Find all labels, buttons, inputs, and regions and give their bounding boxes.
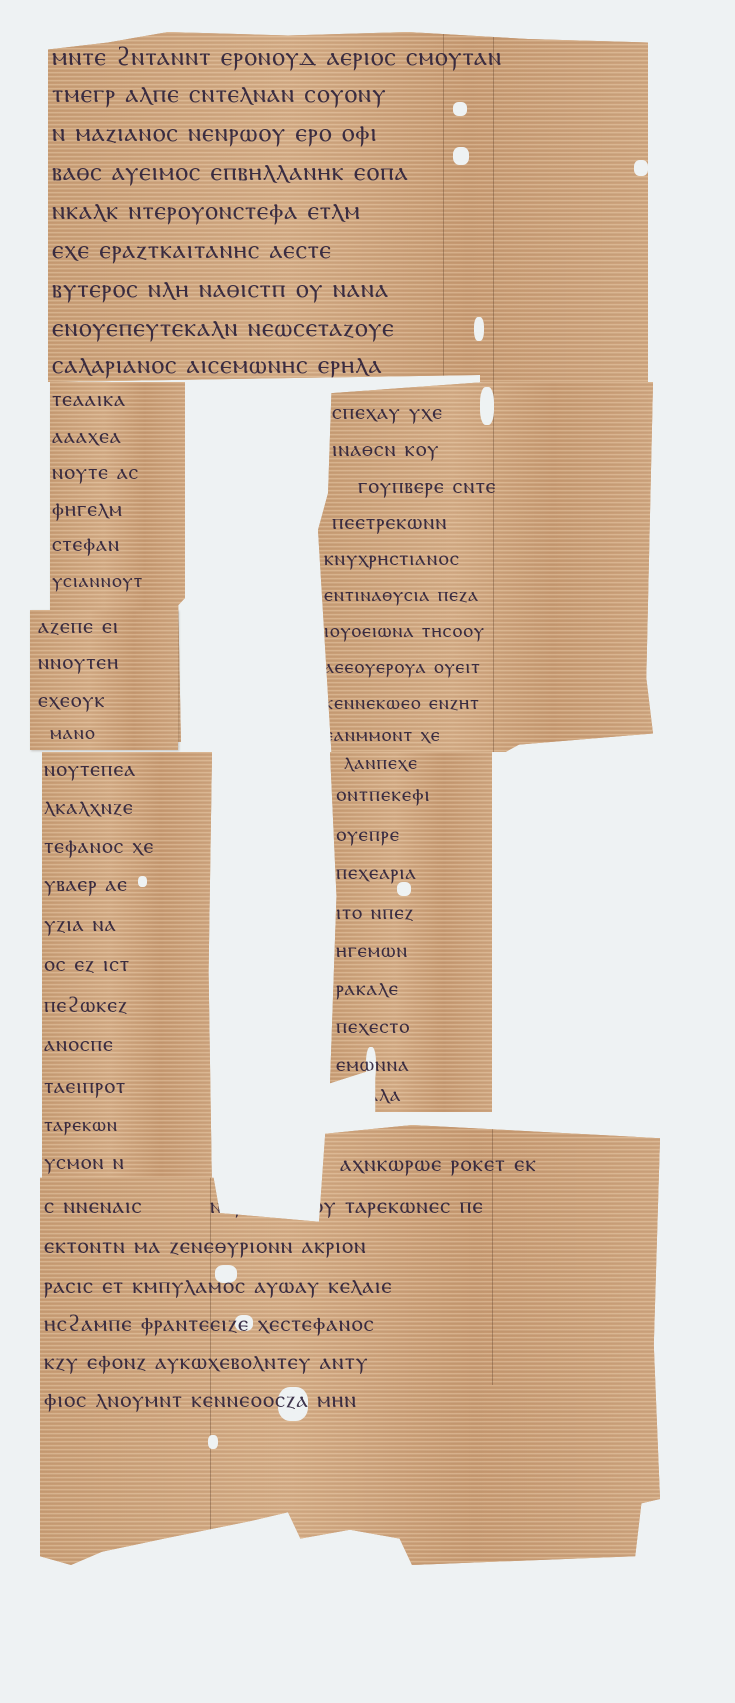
text-line: ⲗⲁⲛⲡⲉⲭⲉ [344, 750, 418, 774]
text-line: ⲥⲧⲉⲫⲁⲛ [52, 532, 120, 557]
text-line: ⲛⲕⲁⲗⲕ ⲛⲧⲉⲣⲟⲩⲟⲛⲥⲧⲉⲫⲁ ⲉⲧⲗⲙ [52, 196, 361, 227]
text-line: ⲧⲙⲉⲅⲣ ⲁⲗⲡⲉ ⲥⲛⲧⲉⲗⲛⲁⲛ ⲥⲟⲩⲟⲛⲩ [52, 79, 387, 110]
text-line: ⲓⲟⲩⲟⲉⲓⲱⲛⲁ ⲧⲏⲥⲟⲟⲩ [324, 618, 485, 642]
text-line: ⲁⲍⲉⲡⲉ ⲉⲓ [38, 614, 119, 639]
papyrus-seam [493, 32, 494, 382]
text-line: ⲉⲛⲟⲩⲉⲡⲉⲩⲧⲉⲕⲁⲗⲛ ⲛⲉⲱⲥⲉⲧⲁⲍⲟⲩⲉ [52, 313, 395, 344]
text-line: ⲅⲟⲩⲡⲃⲉⲣⲉ ⲥⲛⲧⲉ [358, 474, 496, 499]
text-line: ⲙⲛⲧⲉ ϩⲛⲧⲁⲛⲛⲧ ⲉⲣⲟⲛⲟⲩⲇ ⲁⲉⲣⲓⲟⲥ ⲥⲙⲟⲩⲧⲁⲛ [52, 42, 502, 73]
text-line: ⲁⲁⲁⲭⲉⲁ [52, 424, 122, 449]
text-line: ⲧⲁⲣⲉⲕⲱⲛ [44, 1112, 118, 1136]
papyrus-hole [453, 147, 469, 165]
text-line: ⲥ ⲛⲛⲉⲛⲁⲓⲥ [44, 1193, 143, 1219]
text-line: ⲏⲥϩⲁⲙⲡⲉ ⲫⲣⲁⲛⲧⲉⲉⲓⲍⲉ ⲭⲉⲥⲧⲉⲫⲁⲛⲟⲥ [44, 1311, 375, 1337]
text-line: ⲙ ⲕⲁⲗⲁ [336, 1082, 401, 1107]
papyrus-fragment-center: ⲗⲁⲛⲡⲉⲭⲉ ⲟⲛⲧⲡⲉⲕⲉⲫⲓ ⲟⲩⲉⲡⲣⲉ ⲡⲉⲭⲉⲁⲣⲓⲁ ⲓⲧⲟ ⲛⲡ… [330, 752, 492, 1112]
text-line: ⲛ ⲙⲁⲍⲓⲁⲛⲟⲥ ⲛⲉⲛⲣⲱⲟⲩ ⲉⲣⲟ ⲟⲫⲓ [52, 118, 378, 149]
text-line: ⲛⲟⲩⲧⲉⲡⲉⲁ [44, 757, 136, 782]
text-line: ⲓⲛⲁⲑⲥⲛ ⲕⲟⲩ [332, 437, 439, 462]
papyrus-fragment-left-lower: ⲛⲟⲩⲧⲉⲡⲉⲁ ⲗⲕⲁⲗⲭⲛⲍⲉ ⲧⲉⲫⲁⲛⲟⲥ ⲭⲉ ⲩⲃⲁⲉⲣ ⲁⲉ ⲩⲍ… [42, 752, 212, 1192]
papyrus-fragment-right-middle: ⲥⲡⲉⲭⲁⲩ ⲩⲭⲉ ⲓⲛⲁⲑⲥⲛ ⲕⲟⲩ ⲅⲟⲩⲡⲃⲉⲣⲉ ⲥⲛⲧⲉ ⲡⲉⲉⲧ… [318, 382, 653, 752]
text-line: ⲉⲭⲉ ⲉⲣⲁⲍⲧⲕⲁⲓⲧⲁⲛⲏⲥ ⲁⲉⲥⲧⲉ [52, 235, 332, 266]
papyrus-seam [443, 32, 444, 382]
text-line: ⲕⲍⲩ ⲉⲫⲟⲛⲍ ⲁⲩⲕⲱⲭⲉⲃⲟⲗⲛⲧⲉⲩ ⲁⲛⲧⲩ [44, 1349, 369, 1375]
text-line: ⲓⲧⲟ ⲛⲡⲉⲍ [336, 900, 414, 925]
text-line: ⲁⲉⲉⲟⲩⲉⲣⲟⲩⲁ ⲟⲩⲉⲓⲧ [324, 654, 481, 678]
papyrus-seam [493, 382, 494, 752]
text-line: ⲩⲥⲓⲁⲛⲛⲟⲩⲧ [52, 568, 143, 592]
text-line: ⲡⲉⲭⲉⲥⲧⲟ [336, 1014, 410, 1039]
text-line: ⲉⲁⲛⲙⲙⲟⲛⲧ ⲭⲉ [324, 722, 441, 746]
text-line: ⲩⲃⲁⲉⲣ ⲁⲉ [44, 872, 128, 897]
text-line: ⲉⲕⲧⲟⲛⲧⲛ ⲙⲁ ⲍⲉⲛⲉⲑⲩⲣⲓⲟⲛⲛ ⲁⲕⲣⲓⲟⲛ [44, 1233, 367, 1259]
text-line: ⲡⲉⲉⲧⲣⲉⲕⲱⲛⲛ [332, 510, 448, 535]
text-line: ⲛⲟⲩⲧⲉ ⲁⲥ [52, 460, 139, 485]
text-line: ⲣⲁⲥⲓⲥ ⲉⲧ ⲕⲙⲡⲩⲗⲁⲙⲟⲥ ⲁⲩⲱⲁⲩ ⲕⲉⲗⲁⲓⲉ [44, 1273, 393, 1299]
text-line: ⲛⲛⲟⲩⲧⲉⲏ [38, 650, 119, 675]
text-line: ⲗⲕⲁⲗⲭⲛⲍⲉ [44, 795, 134, 820]
text-line: ⲕⲛⲩⲭⲣⲏⲥⲧⲓⲁⲛⲟⲥ [324, 546, 460, 571]
text-line: ⲟⲥ ⲉⲍ ⲓⲥⲧ [44, 952, 130, 977]
papyrus-fragment-left-patch: ⲁⲍⲉⲡⲉ ⲉⲓ ⲛⲛⲟⲩⲧⲉⲏ ⲉⲭⲉⲟⲩⲕ ⲙⲁⲛⲟ [30, 610, 178, 750]
text-line: ⲛⲟⲣ ⲛⲍⲣⲣⲱⲟⲩ ⲧⲁⲣⲉⲕⲱⲛⲉⲥ ⲡⲉ [210, 1193, 484, 1219]
text-line: ⲉⲛⲧⲓⲛⲁⲑⲩⲥⲓⲁ ⲡⲉⲍⲁ [324, 582, 479, 606]
text-line: ⲉⲙⲱⲛⲛⲁ [336, 1052, 410, 1077]
text-line: ⲫⲓⲟⲥ ⲗⲛⲟⲩⲙⲛⲧ ⲕⲉⲛⲛⲉⲟⲟⲥⲍⲁ ⲙⲏⲛ [44, 1387, 357, 1413]
papyrus-hole [634, 160, 648, 176]
text-line: ⲉⲭⲉⲟⲩⲕ [38, 688, 106, 713]
papyrus-seam [210, 1125, 211, 1565]
text-line: ⲏⲅⲉⲙⲱⲛ [336, 938, 408, 963]
papyrus-fragment-top: ⲙⲛⲧⲉ ϩⲛⲧⲁⲛⲛⲧ ⲉⲣⲟⲛⲟⲩⲇ ⲁⲉⲣⲓⲟⲥ ⲥⲙⲟⲩⲧⲁⲛ ⲧⲙⲉⲅ… [48, 32, 648, 382]
text-line: ⲧⲁⲉⲓⲡⲣⲟⲧ [44, 1074, 126, 1099]
text-line: ⲧⲉⲁⲁⲓⲕⲁ [52, 387, 126, 412]
text-line: ⲩⲥⲙⲟⲛ ⲛ [44, 1150, 125, 1175]
text-line: ⲩⲍⲓⲁ ⲛⲁ [44, 912, 117, 937]
text-line: ⲕⲉⲛⲛⲉⲕⲱⲉⲟ ⲉⲛⲍⲏⲧ [324, 690, 480, 714]
papyrus-hole [138, 876, 147, 887]
text-line: ⲟⲩⲉⲡⲣⲉ [336, 822, 400, 847]
papyrus-hole [474, 317, 484, 341]
papyrus-hole [453, 102, 467, 116]
text-line: ⲟⲛⲧⲡⲉⲕⲉⲫⲓ [336, 782, 431, 807]
text-line: ⲡⲉϩⲱⲕⲉⲍ [44, 992, 128, 1018]
text-line: ⲁⲭⲛⲕⲱⲣⲱⲉ ⲣⲟⲕⲉⲧ ⲉⲕ [340, 1151, 537, 1177]
text-line: ⲃⲩⲧⲉⲣⲟⲥ ⲛⲗⲏ ⲛⲁⲑⲓⲥⲧⲡ ⲟⲩ ⲛⲁⲛⲁ [52, 274, 389, 305]
papyrus-hole [208, 1435, 218, 1449]
text-line: ⲫⲏⲅⲉⲗⲙ [52, 497, 123, 522]
papyrus-hole [480, 387, 494, 425]
text-line: ⲥⲡⲉⲭⲁⲩ ⲩⲭⲉ [332, 400, 443, 425]
text-line: ⲃⲁⲑⲥ ⲁⲩⲉⲓⲙⲟⲥ ⲉⲡⲃⲏⲗⲗⲁⲛⲏⲕ ⲉⲟⲡⲁ [52, 157, 409, 188]
text-line: ⲙⲁⲛⲟ [50, 720, 96, 744]
text-line: ⲥⲁⲗⲁⲣⲓⲁⲛⲟⲥ ⲁⲓⲥⲉⲙⲱⲛⲏⲥ ⲉⲣⲏⲗⲁ [52, 350, 383, 381]
text-line: ⲧⲉⲫⲁⲛⲟⲥ ⲭⲉ [44, 834, 154, 859]
text-line: ⲣⲁⲕⲁⲗⲉ [336, 976, 399, 1001]
papyrus-fragment-bottom: ⲁⲭⲛⲕⲱⲣⲱⲉ ⲣⲟⲕⲉⲧ ⲉⲕ ⲥ ⲛⲛⲉⲛⲁⲓⲥ ⲛⲟⲣ ⲛⲍⲣⲣⲱⲟⲩ … [40, 1125, 660, 1565]
text-line: ⲁⲛⲟⲥⲡⲉ [44, 1032, 114, 1057]
text-line: ⲡⲉⲭⲉⲁⲣⲓⲁ [336, 860, 417, 885]
